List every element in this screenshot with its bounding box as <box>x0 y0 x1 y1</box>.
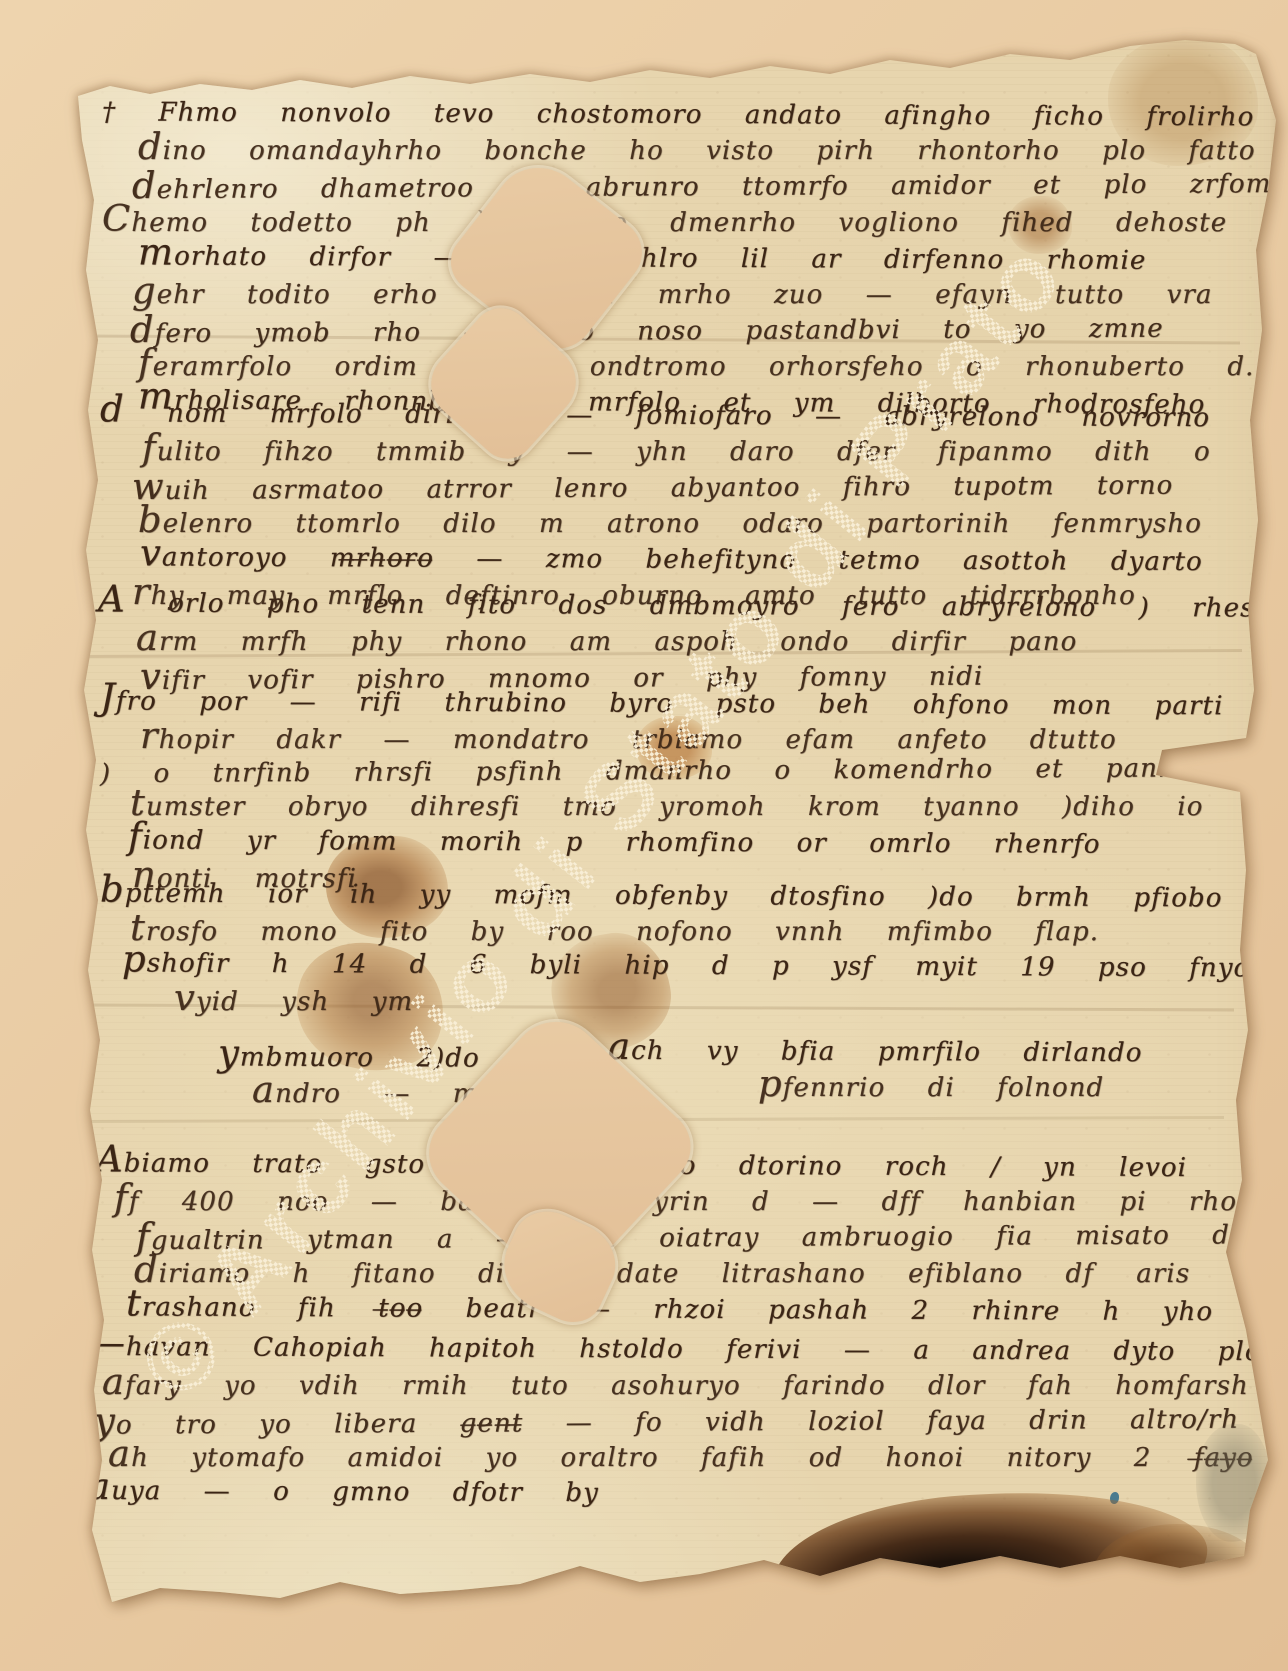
handwriting-block-lower-1: Abiamo trato gsto u — Afilypo dtorino ro… <box>96 1146 1288 1326</box>
gray-edge-smudge <box>1196 1424 1272 1542</box>
handwriting-line: trashano fih t̶o̶o̶ beatr — rhzoi pashah… <box>126 1287 1288 1328</box>
handwriting-block-3: A orlo pho tenn fito dos dmbmoyro fero a… <box>98 586 1283 694</box>
handwriting-line: trosfo mono fito by roo nofono vnnh mfim… <box>130 912 1223 948</box>
signature-left-block: ymbmuoro 2)doandro — m <box>218 1038 480 1110</box>
handwriting-line: A orlo pho tenn fito dos dmbmoyro fero a… <box>98 583 1283 624</box>
handwriting-line: ah ytomafo amidoi yo oraltro fafih od ho… <box>108 1438 1288 1474</box>
handwriting-line: † Fhmo nonvolo tevo chostomoro andato af… <box>102 97 1288 133</box>
handwriting-block-5: bpttemh ior ih yy mofm obfenby dtosfino … <box>100 876 1223 948</box>
handwriting-line: —havan Cahopiah hapitoh hstoldo ferivi —… <box>88 1327 1288 1369</box>
handwriting-line: ach vy bfia pmrfilo dirlando <box>608 1031 1143 1069</box>
handwriting-line: yo tro yo libera g̶e̶n̶t̶ — fo vidh lozi… <box>94 1398 1288 1441</box>
handwriting-block-2: d nom mrfolo dirlande — fomiofaro — abry… <box>100 396 1288 612</box>
handwriting-line: morhato dirfor — mbhe phlro lil ar dirfe… <box>138 236 1288 277</box>
handwriting-line: vantoroyo m̶r̶h̶o̶r̶o̶ — zmo behefityno … <box>140 537 1288 578</box>
burn-stain <box>1092 1524 1262 1620</box>
handwriting-line: vyid ysh ym <box>174 982 1288 1018</box>
handwriting-line: d nom mrfolo dirlande — fomiofaro — abry… <box>100 393 1288 434</box>
handwriting-line: andro — m <box>252 1074 480 1110</box>
handwriting-line: dino omandayhrho bonche ho visto pirh rh… <box>138 131 1288 167</box>
handwriting-line: ff 400 noo — bar — f yrin d — dff hanbia… <box>114 1182 1288 1218</box>
handwriting-line: gehr todito erho — porh mrho zuo — efayn… <box>132 275 1288 311</box>
handwriting-block-lower-2: —havan Cahopiah hapitoh hstoldo ferivi —… <box>88 1330 1288 1510</box>
handwriting-line: Jfro por — rifi thrubino byro psto beh o… <box>100 681 1288 722</box>
handwriting-line: arm mrfh phy rhono am aspoh ondo dirfir … <box>136 622 1283 658</box>
date-line-block: pshofir h 14 d 6 byli hip d p ysf myit 1… <box>112 946 1288 1018</box>
signature-right-block: ach vy bfia pmrfilo dirlandopfennrio di … <box>608 1032 1143 1104</box>
handwriting-line: feramrfolo ordim u — ondtromo orhorsfeho… <box>138 347 1288 383</box>
handwriting-line: fiond yr fomm morih p rhomfino or omrlo … <box>128 820 1288 861</box>
handwriting-line: diriamo h fitano di — date litrashano ef… <box>134 1254 1288 1290</box>
handwriting-line: fgualtrin ytman a — ygh oiatray ambruogi… <box>136 1215 1288 1257</box>
handwriting-line: wuih asrmatoo atrror lenro abyantoo fihr… <box>132 465 1288 507</box>
handwriting-line: Chemo todetto ph à — lo dmenrho vogliono… <box>102 203 1288 239</box>
handwriting-line: pshofir h 14 d 6 byli hip d p ysf myit 1… <box>122 943 1288 984</box>
handwriting-line: afary yo vdih rmih tuto asohuryo farindo… <box>102 1366 1288 1402</box>
handwriting-line: pfennrio di folnond <box>758 1068 1143 1104</box>
handwriting-line: fulito fihzo tmmib y — yhn daro dfer fip… <box>142 432 1288 468</box>
handwriting-block-1: † Fhmo nonvolo tevo chostomoro andato af… <box>102 100 1288 419</box>
handwriting-line: ) o tnrfinb rhrsfi psfinh dmanrho o kome… <box>100 753 1288 790</box>
handwriting-line: belenro ttomrlo dilo m atrono odaro part… <box>138 504 1288 540</box>
handwriting-block-4: Jfro por — rifi thrubino byro psto beh o… <box>100 684 1288 895</box>
handwriting-line: tumster obryo dihresfi tmo yromoh krom t… <box>130 787 1288 823</box>
handwriting-line: dfero ymob rho — tuyo noso pastandbvi to… <box>130 308 1288 350</box>
handwriting-line: rhopir dakr — mondatro trbiamo efam anfe… <box>140 720 1288 756</box>
handwriting-line: dehrlenro dhametroo — abrunro ttomrfo am… <box>132 164 1288 206</box>
paper-sheet: † Fhmo nonvolo tevo chostomoro andato af… <box>0 0 1288 1671</box>
handwriting-line: bpttemh ior ih yy mofm obfenby dtosfino … <box>100 874 1223 915</box>
handwriting-line: Abiamo trato gsto u — Afilypo dtorino ro… <box>96 1143 1288 1184</box>
scanned-manuscript: † Fhmo nonvolo tevo chostomoro andato af… <box>0 0 1288 1671</box>
